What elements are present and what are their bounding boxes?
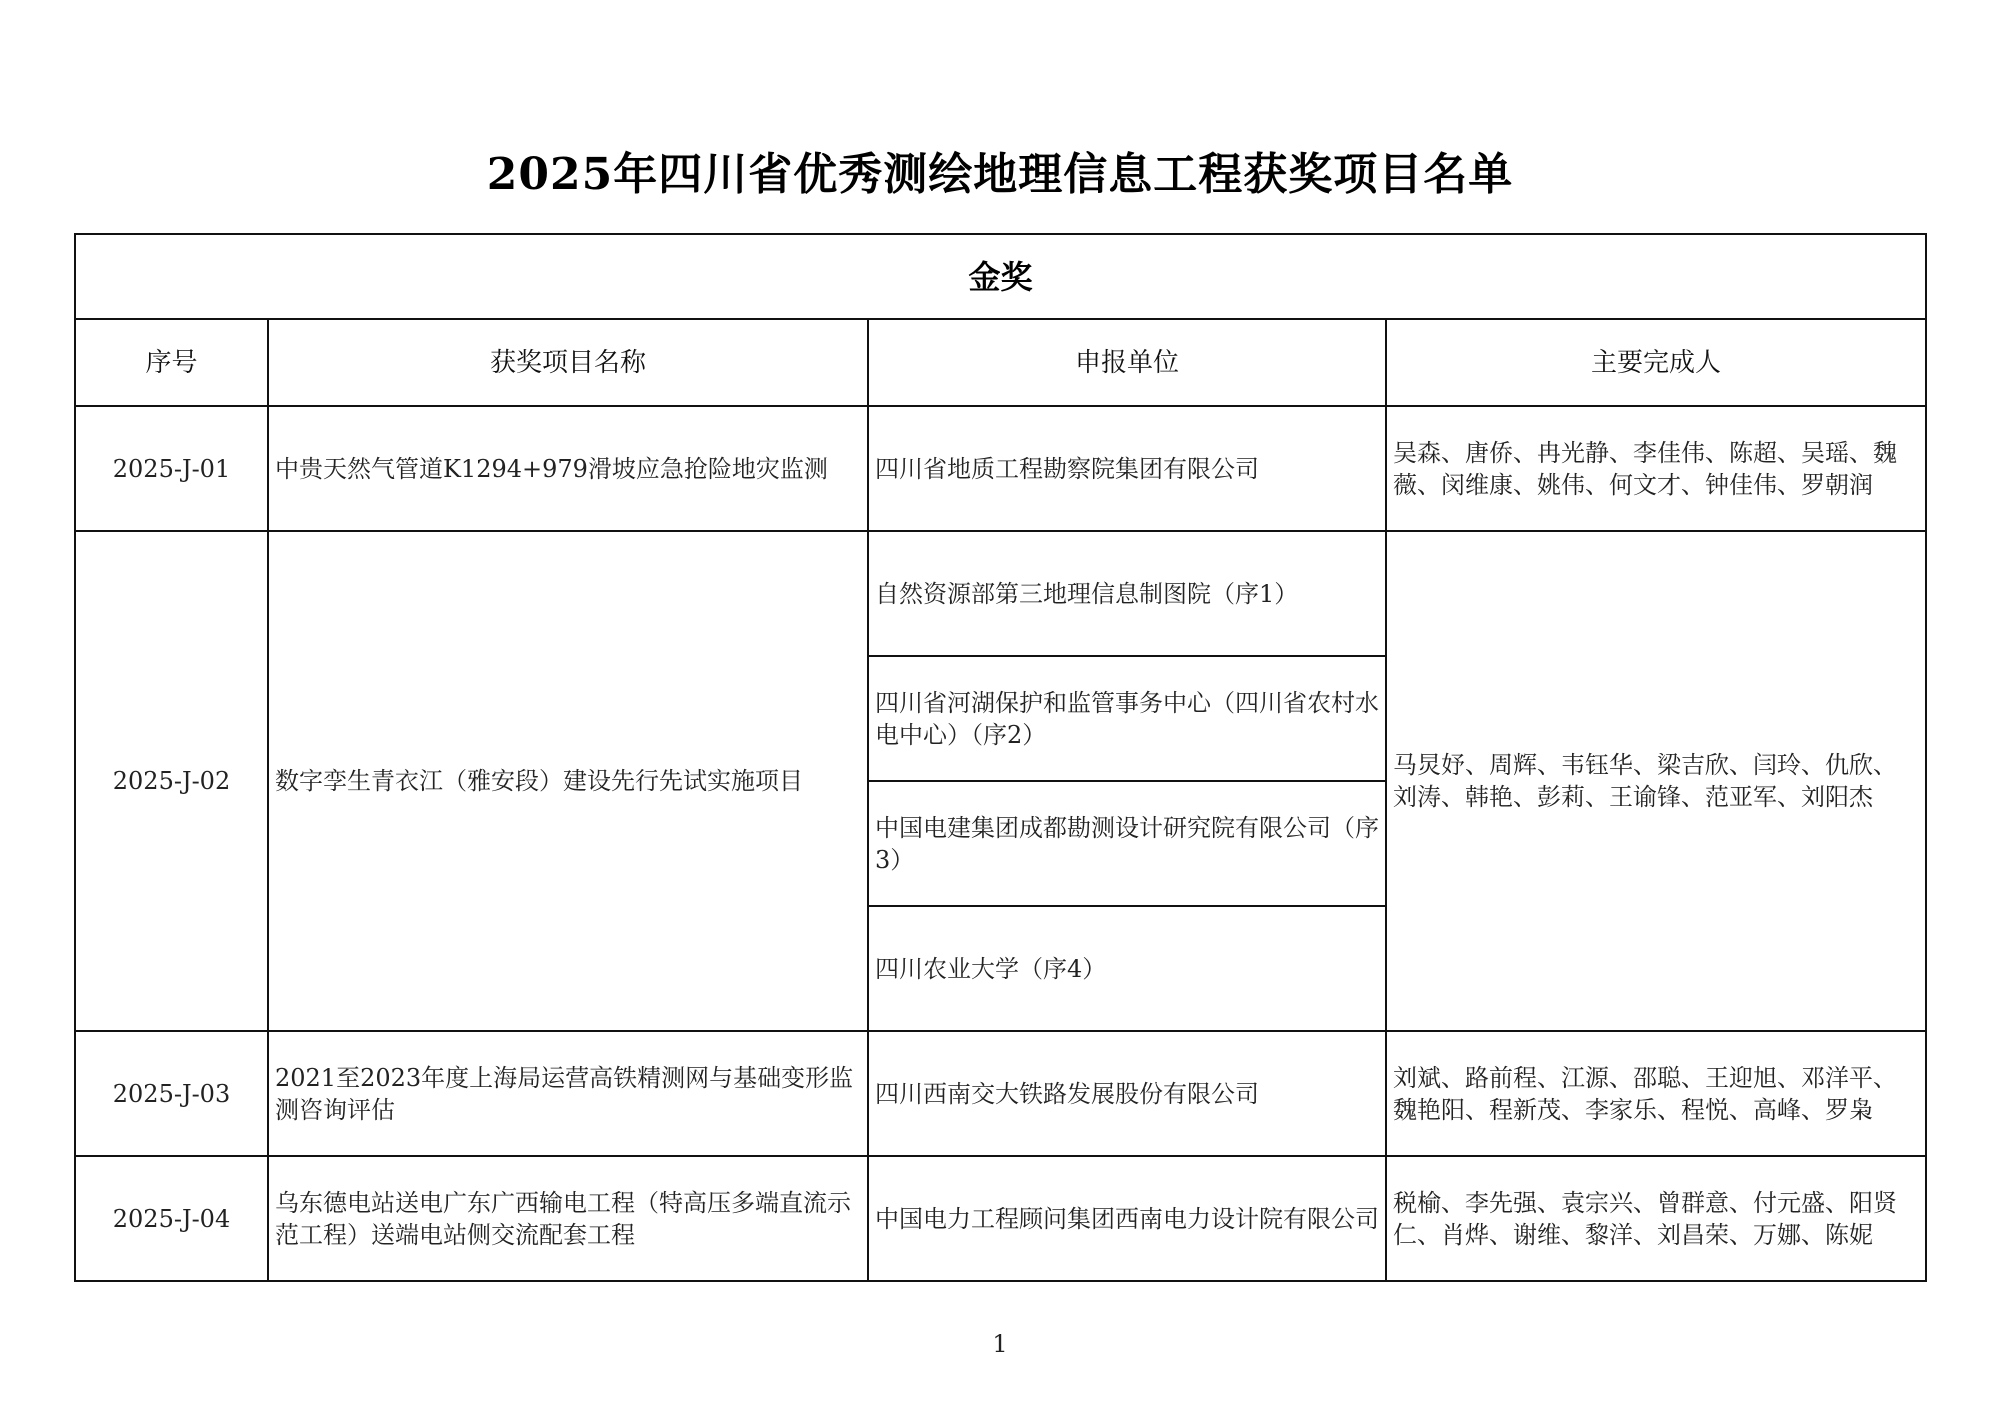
- reporting-unit: 四川省地质工程勘察院集团有限公司: [868, 406, 1386, 531]
- row-id: 2025-J-03: [75, 1031, 268, 1156]
- column-header-people: 主要完成人: [1386, 319, 1926, 406]
- table-row: 2025-J-02 数字孪生青衣江（雅安段）建设先行先试实施项目 自然资源部第三…: [75, 531, 1926, 656]
- reporting-unit: 四川省河湖保护和监管事务中心（四川省农村水电中心）（序2）: [868, 656, 1386, 781]
- table-row: 2025-J-03 2021至2023年度上海局运营高铁精测网与基础变形监测咨询…: [75, 1031, 1926, 1156]
- table-row: 2025-J-01 中贵天然气管道K1294+979滑坡应急抢险地灾监测 四川省…: [75, 406, 1926, 531]
- project-name: 数字孪生青衣江（雅安段）建设先行先试实施项目: [268, 531, 868, 1031]
- column-header-id: 序号: [75, 319, 268, 406]
- awards-table: 金奖 序号 获奖项目名称 申报单位 主要完成人 2025-J-01 中贵天然气管…: [74, 233, 1927, 1282]
- award-level-row: 金奖: [75, 234, 1926, 319]
- table-row: 2025-J-04 乌东德电站送电广东广西输电工程（特高压多端直流示范工程）送端…: [75, 1156, 1926, 1281]
- award-level-heading: 金奖: [75, 234, 1926, 319]
- document-title: 2025年四川省优秀测绘地理信息工程获奖项目名单: [0, 145, 2000, 205]
- project-name: 2021至2023年度上海局运营高铁精测网与基础变形监测咨询评估: [268, 1031, 868, 1156]
- page-number: 1: [0, 1330, 2000, 1358]
- column-header-project: 获奖项目名称: [268, 319, 868, 406]
- main-contributors: 刘斌、路前程、江源、邵聪、王迎旭、邓洋平、魏艳阳、程新茂、李家乐、程悦、高峰、罗…: [1386, 1031, 1926, 1156]
- row-id: 2025-J-02: [75, 531, 268, 1031]
- reporting-unit: 自然资源部第三地理信息制图院（序1）: [868, 531, 1386, 656]
- reporting-unit: 四川西南交大铁路发展股份有限公司: [868, 1031, 1386, 1156]
- main-contributors: 吴森、唐侨、冉光静、李佳伟、陈超、吴瑶、魏薇、闵维康、姚伟、何文才、钟佳伟、罗朝…: [1386, 406, 1926, 531]
- row-id: 2025-J-01: [75, 406, 268, 531]
- reporting-unit: 中国电力工程顾问集团西南电力设计院有限公司: [868, 1156, 1386, 1281]
- row-id: 2025-J-04: [75, 1156, 268, 1281]
- project-name: 中贵天然气管道K1294+979滑坡应急抢险地灾监测: [268, 406, 868, 531]
- column-header-unit: 申报单位: [868, 319, 1386, 406]
- reporting-unit: 四川农业大学（序4）: [868, 906, 1386, 1031]
- reporting-unit: 中国电建集团成都勘测设计研究院有限公司（序3）: [868, 781, 1386, 906]
- project-name: 乌东德电站送电广东广西输电工程（特高压多端直流示范工程）送端电站侧交流配套工程: [268, 1156, 868, 1281]
- header-row: 序号 获奖项目名称 申报单位 主要完成人: [75, 319, 1926, 406]
- main-contributors: 税榆、李先强、袁宗兴、曾群意、付元盛、阳贤仁、肖烨、谢维、黎洋、刘昌荣、万娜、陈…: [1386, 1156, 1926, 1281]
- main-contributors: 马炅妤、周辉、韦钰华、梁吉欣、闫玲、仇欣、刘涛、韩艳、彭莉、王谕锋、范亚军、刘阳…: [1386, 531, 1926, 1031]
